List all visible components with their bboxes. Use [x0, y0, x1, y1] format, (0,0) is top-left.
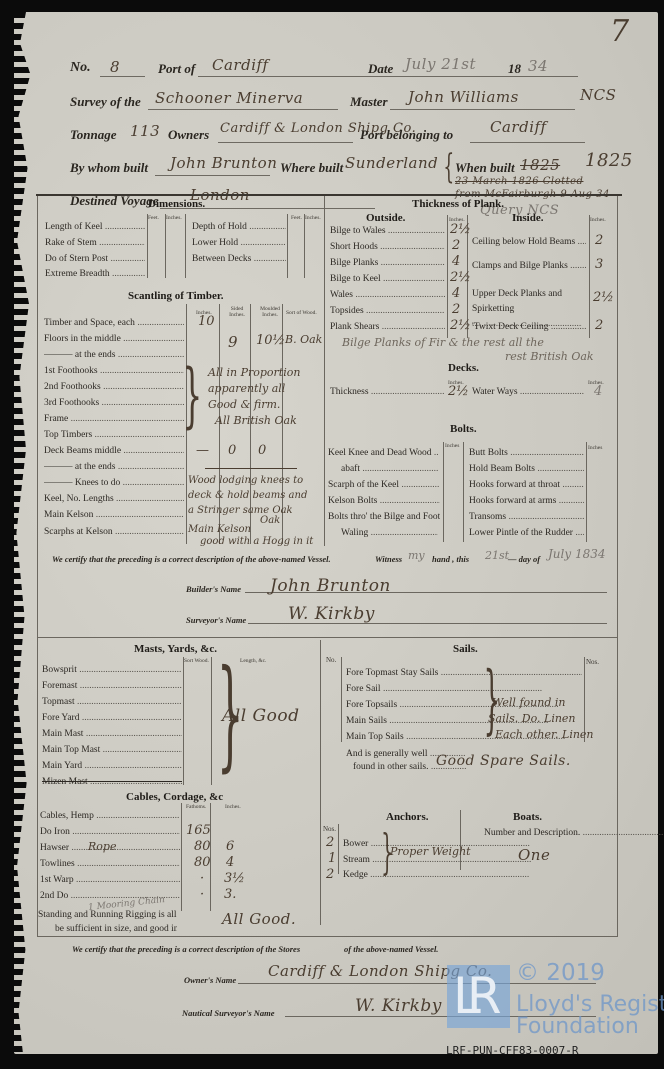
knees-note-1: Wood lodging knees to	[188, 475, 303, 486]
plank-inside-value: 2½	[593, 290, 614, 305]
sails-nos-label: Nos.	[586, 658, 599, 666]
dim-row-lower-hold: Lower Hold	[192, 238, 286, 248]
scant-col-sided: Sided Inches.	[225, 306, 249, 318]
anchors-col-line	[338, 824, 339, 874]
master-value: John Williams	[408, 88, 519, 106]
scant-row: Frame	[44, 414, 184, 424]
lr-logo-icon: LR	[447, 965, 510, 1028]
bolts-right-row: Lower Pintle of the Rudder	[469, 528, 584, 538]
when-built-value: 1825	[585, 150, 633, 171]
survey-of-value: Schooner Minerva	[155, 89, 303, 107]
knees-note-4: Oak	[260, 515, 280, 526]
plank-outside-row: Bilge to Wales	[330, 226, 445, 236]
dim-col-line	[185, 214, 186, 278]
bolts-col-line	[443, 442, 444, 542]
mast-row: Foremast	[42, 681, 182, 691]
floors-moulded: 10½	[256, 333, 285, 348]
plank-outside-title: Outside.	[366, 212, 405, 224]
by-whom-built-label: By whom built	[70, 160, 148, 176]
scant-row: Top Timbers	[44, 430, 184, 440]
rigging-label-1: Standing and Running Rigging is all foun…	[38, 910, 178, 920]
margin-initials: NCS	[580, 86, 616, 104]
deck-beams-val-3: 0	[258, 443, 266, 458]
bolts-left-row: Waling	[341, 528, 438, 538]
floors-wood: B. Oak	[285, 333, 322, 346]
plank-inside-row: Ceiling below Hold Beams	[472, 237, 586, 247]
boats-value: One	[518, 846, 550, 864]
bolts-inches-label-2: Inches	[588, 445, 602, 451]
plank-inside-row: Clamps and Bilge Planks	[472, 261, 586, 271]
anchor-no: 2	[326, 835, 334, 850]
cable-fathoms: ·	[200, 887, 204, 902]
dim-row-extreme-breadth: Extreme Breadth	[45, 269, 145, 279]
masts-col-line	[183, 657, 184, 785]
sails-col-line	[341, 657, 342, 742]
cable-row: Do Iron	[40, 827, 180, 837]
witness-value: my	[408, 549, 425, 562]
bolts-right-row: Hooks forward at throat	[469, 480, 584, 490]
decks-thickness: Thickness	[330, 387, 444, 397]
port-belonging-value: Cardiff	[490, 118, 547, 136]
watermark-org-line2: Foundation	[516, 1014, 639, 1039]
proportion-note-4: All British Oak	[215, 414, 297, 427]
scant-row: ——— Knees to do	[44, 478, 184, 488]
year-suffix: 34	[528, 57, 548, 75]
month-value: July 1834	[548, 547, 606, 561]
nautical-surveyor-label: Nautical Surveyor's Name	[182, 1008, 275, 1018]
form-bottom-rule	[37, 936, 618, 937]
scant-row: Floors in the middle	[44, 334, 184, 344]
form-left-border	[37, 196, 38, 936]
bolts-col-line	[586, 442, 587, 542]
port-belonging-label: Port belonging to	[360, 127, 453, 143]
bolts-left-row: Scarph of the Keel	[328, 480, 440, 490]
plank-inside-value: 3	[595, 257, 603, 272]
dim-row-rake-of-stem: Rake of Stem	[45, 238, 145, 248]
sails-no-label: No.	[326, 656, 336, 664]
form-right-border	[617, 196, 618, 936]
scant-row: Keel, No. Lengths	[44, 494, 184, 504]
proportion-note-2: apparently all	[208, 382, 285, 395]
cable-inches: 6	[226, 839, 234, 854]
dim-row-depth-of-hold: Depth of Hold	[192, 222, 286, 232]
when-built-struck: 1825	[520, 156, 560, 174]
dim-row-between-decks: Between Decks	[192, 254, 286, 264]
sail-row: Fore Topmast Stay Sails	[346, 668, 582, 678]
witness-label: Witness	[375, 554, 402, 564]
surveyor-name-label: Surveyor's Name	[186, 615, 246, 625]
plank-outside-value: 2½	[450, 270, 471, 285]
dim-feet-label: Feet.	[148, 215, 159, 221]
dim-row-stern-post: Do of Stern Post	[45, 254, 145, 264]
stores-cert-text-b: of the above-named Vessel.	[344, 944, 438, 954]
scant-row: Scarphs at Kelson	[44, 527, 184, 537]
scant-row: Timber and Space, each	[44, 318, 184, 328]
bolts-left-row: abaft	[341, 464, 438, 474]
sails-note-2: Sails. Do. Linen	[488, 712, 576, 725]
scant-row: 1st Foothooks	[44, 366, 184, 376]
plank-outside-row: Bilge to Keel	[330, 274, 445, 284]
proportion-note-1: All in Proportion	[208, 366, 300, 379]
dim-col-line	[147, 214, 148, 278]
sails-note-1: Well found in	[492, 696, 565, 709]
masts-col-wood: Sort Wood.	[184, 658, 209, 664]
reference-number: LRF-PUN-CFF83-0007-R	[446, 1044, 578, 1057]
bolts-right-row: Transoms	[469, 512, 584, 522]
dim-feet-label-2: Feet.	[291, 215, 302, 221]
header-brace: {	[443, 150, 454, 184]
plank-inside-title: Inside.	[512, 212, 544, 224]
plank-note-2: rest British Oak	[505, 350, 594, 363]
cable-inches: 3.	[224, 887, 236, 902]
plank-inside-row: 'Twixt Deck Ceiling	[472, 322, 586, 332]
mast-row: Main Mast	[42, 729, 182, 739]
builder-name-label: Builder's Name	[186, 584, 241, 594]
owner-name-label: Owner's Name	[184, 975, 236, 985]
where-built-value: Sunderland	[345, 154, 438, 172]
dim-row-length-of-keel: Length of Keel	[45, 222, 145, 232]
bolts-left-row: Bolts thro' the Bilge and Foot	[328, 512, 440, 522]
watermark-copyright: © 2019	[516, 960, 605, 986]
port-of-label: Port of	[158, 61, 195, 77]
mast-row: Fore Yard	[42, 713, 182, 723]
nautical-surveyor-value: W. Kirkby	[355, 996, 442, 1016]
no-label: No.	[70, 60, 91, 76]
vessel-cert-text: We certify that the preceding is a corre…	[52, 554, 331, 564]
plank-note-1: Bilge Planks of Fir & the rest all the	[342, 336, 544, 349]
struck-note-1: 23 March 1826 Clotted	[455, 176, 583, 187]
anchor-no: 2	[326, 867, 334, 882]
hand-label: hand , this	[432, 554, 469, 564]
cable-row: 1st Warp	[40, 875, 180, 885]
cables-title: Cables, Cordage, &c	[126, 791, 223, 803]
anchor-row-kedge: Kedge	[343, 870, 529, 880]
scantling-title: Scantling of Timber.	[128, 290, 223, 302]
scant-row: ——— at the ends	[44, 350, 184, 360]
cable-row: Towlines	[40, 859, 180, 869]
mast-row: Main Yard	[42, 761, 182, 771]
scant-col-wood: Sort of Wood.	[286, 310, 317, 316]
decks-title: Decks.	[448, 362, 479, 374]
dim-inches-label-2: Inches.	[305, 215, 321, 221]
hawser-note: Rope	[88, 840, 116, 853]
no-line	[100, 62, 145, 77]
plank-outside-value: 4	[452, 286, 460, 301]
sails-general-value: Good Spare Sails.	[436, 753, 571, 769]
anchors-note: Proper Weight	[390, 845, 471, 858]
mast-row: Topmast	[42, 697, 182, 707]
scant-col-moulded: Moulded Inches.	[255, 306, 285, 318]
mast-row: Bowsprit	[42, 665, 182, 675]
year-prefix: 18	[508, 61, 521, 77]
by-whom-built-value: John Brunton	[170, 154, 277, 172]
plank-inches-label-2: Inches.	[590, 217, 606, 223]
dim-col-line	[304, 214, 305, 278]
bolts-inches-label: Inches	[445, 443, 459, 449]
cable-fathoms: 165	[186, 823, 211, 838]
no-value: 8	[110, 58, 120, 76]
cable-fathoms: 80	[194, 839, 211, 854]
plank-outside-row: Plank Shears	[330, 322, 445, 332]
plank-col-line	[589, 215, 590, 338]
tonnage-value: 113	[130, 122, 160, 140]
kelson-note-1: Main Kelson	[188, 524, 251, 535]
scant-row: ——— at the ends	[44, 462, 184, 472]
deck-beams-val-1: —	[196, 443, 209, 458]
surveyor-name-value: W. Kirkby	[288, 604, 375, 624]
plank-outside-row: Wales	[330, 290, 445, 300]
masts-col-length: Length, &c.	[240, 658, 266, 664]
plank-outside-row: Bilge Planks	[330, 258, 445, 268]
cable-row: Cables, Hemp	[40, 811, 180, 821]
date-label: Date	[368, 61, 393, 77]
deck-beams-underline	[205, 468, 297, 469]
masts-col-line	[211, 657, 212, 785]
when-built-label: When built	[455, 160, 515, 176]
masts-title: Masts, Yards, &c.	[134, 643, 217, 655]
plank-outside-value: 2	[452, 238, 460, 253]
cables-col-line	[181, 803, 182, 911]
dim-inches-label: Inches.	[166, 215, 182, 221]
cables-col-inches: Inches.	[225, 804, 241, 810]
plank-outside-value: 4	[452, 254, 460, 269]
sail-row: Fore Sail	[346, 684, 582, 694]
plank-outside-value: 2½	[450, 318, 471, 333]
dim-col-line	[287, 214, 288, 278]
owners-label: Owners	[168, 127, 209, 143]
plank-col-line	[447, 215, 448, 338]
anchors-no-label: Nos.	[323, 825, 336, 833]
anchors-title: Anchors.	[386, 811, 428, 823]
decks-thickness-value: 2½	[448, 384, 469, 399]
cable-inches: 3½	[224, 871, 245, 886]
day-value: 21st	[485, 549, 509, 562]
master-label: Master	[350, 94, 388, 110]
cable-fathoms: ·	[200, 871, 204, 886]
where-built-label: Where built	[280, 160, 343, 176]
sails-title: Sails.	[453, 643, 478, 655]
day-of-label: — day of	[508, 554, 540, 564]
form-top-rule	[36, 194, 622, 196]
cables-col-fathoms: Fathoms.	[186, 804, 206, 810]
masts-note: All Good	[222, 706, 300, 726]
scant-row: Deck Beams middle	[44, 446, 184, 456]
decks-water-ways: Water Ways	[472, 387, 584, 397]
stores-cert-text-a: We certify that the preceding is a corre…	[72, 944, 300, 954]
mast-row: Main Top Mast	[42, 745, 182, 755]
plank-outside-value: 2½	[450, 222, 471, 237]
lr-logo-text: LR	[453, 967, 488, 1025]
page-number: 7	[610, 14, 630, 49]
knees-note-2: deck & hold beams and	[188, 490, 307, 501]
sails-note-3: Each other. Linen	[495, 728, 594, 741]
scant-row: Main Kelson	[44, 510, 184, 520]
boats-title: Boats.	[513, 811, 542, 823]
builder-name-value: John Brunton	[270, 576, 391, 596]
bolts-left-row: Keel Knee and Dead Wood	[328, 448, 438, 458]
rigging-label-2: be sufficient in size, and good in quali…	[55, 924, 177, 934]
boats-subtitle: Number and Description.	[484, 828, 664, 838]
proportion-note-3: Good & firm.	[208, 398, 280, 411]
plank-outside-row: Short Hoods	[330, 242, 445, 252]
upper-divider	[324, 196, 325, 546]
dim-col-line	[165, 214, 166, 278]
plank-inside-value: 2	[595, 318, 603, 333]
cable-fathoms: 80	[194, 855, 211, 870]
date-value: July 21st	[405, 55, 476, 73]
mast-row-mizen-struck: Mizen Mast	[42, 777, 182, 787]
bolts-title: Bolts.	[450, 423, 477, 435]
cable-inches: 4	[226, 855, 234, 870]
plank-outside-value: 2	[452, 302, 460, 317]
bolts-left-row: Kelson Bolts	[328, 496, 440, 506]
plank-outside-row: Topsides	[330, 306, 445, 316]
dimensions-title: Dimensions.	[148, 198, 205, 210]
decks-water-ways-value: 4	[594, 384, 602, 399]
deck-beams-val-2: 0	[228, 443, 236, 458]
mid-rule	[37, 637, 618, 638]
bolts-right-row: Butt Bolts	[469, 448, 584, 458]
bolts-col-line	[463, 442, 464, 542]
plank-title: Thickness of Plank.	[412, 198, 504, 210]
plank-inside-value: 2	[595, 233, 603, 248]
anchor-no: 1	[328, 851, 336, 866]
scant-row: 3rd Foothooks	[44, 398, 184, 408]
floors-sided: 9	[228, 333, 238, 351]
lower-divider	[320, 640, 321, 925]
port-of-value: Cardiff	[212, 56, 269, 74]
scant-row: 2nd Foothooks	[44, 382, 184, 392]
rigging-value: All Good.	[222, 910, 296, 928]
scantling-brace: }	[182, 360, 202, 430]
bolts-right-row: Hooks forward at arms	[469, 496, 584, 506]
timber-space-inches: 10	[198, 314, 215, 329]
bolts-right-row: Hold Beam Bolts	[469, 464, 584, 474]
tonnage-label: Tonnage	[70, 127, 116, 143]
kelson-note-2: good with a Hogg in it	[200, 536, 313, 547]
survey-of-label: Survey of the	[70, 94, 141, 110]
